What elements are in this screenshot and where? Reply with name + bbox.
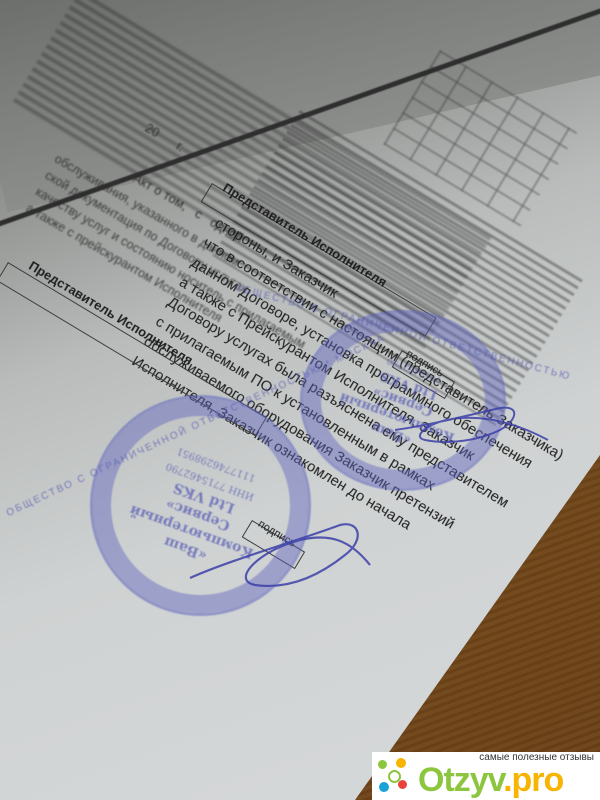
stamp-center: «Ваш Компьютерный Сервис» Ltd VKS 771546… <box>332 340 475 461</box>
otzyv-watermark: самые полезные отзывы Otzyv.pro <box>372 752 600 800</box>
watermark-brand: Otzyv.pro <box>418 762 563 798</box>
brand-main: Otzyv <box>418 761 503 799</box>
otzyv-logo-icon <box>376 756 410 796</box>
act-intro-with: с <box>192 206 205 222</box>
year-suffix: г. <box>174 138 187 154</box>
company-stamp-left: ОБЩЕСТВО С ОГРАНИЧЕННОЙ ОТВЕТСТВЕННОСТЬЮ… <box>90 395 311 616</box>
brand-tld: .pro <box>503 761 563 799</box>
company-stamp-right: ОБЩЕСТВО С ОГРАНИЧЕННОЙ ОТВЕТСТВЕННОСТЬЮ… <box>300 310 506 491</box>
